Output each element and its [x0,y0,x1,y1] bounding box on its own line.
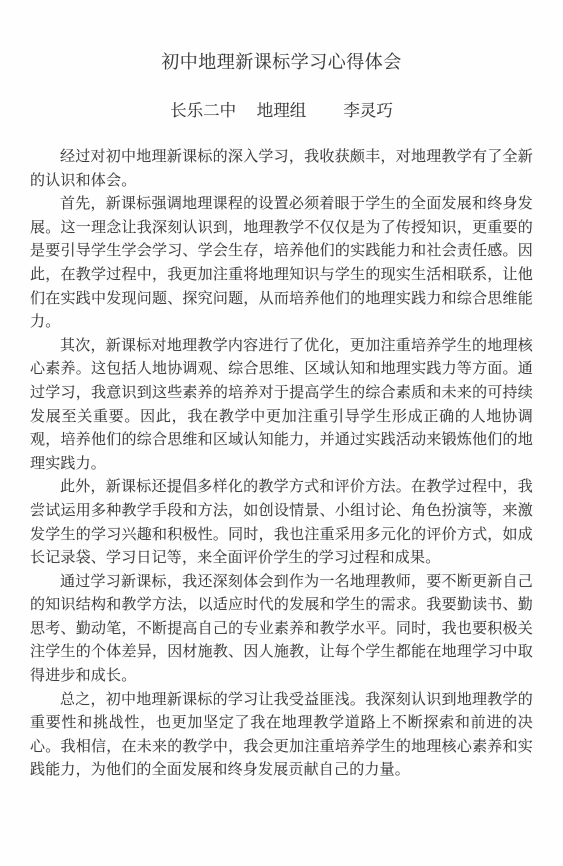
paragraph: 通过学习新课标，我还深刻体会到作为一名地理教师，要不断更新自己的知识结构和教学方… [30,571,533,689]
paragraph: 此外，新课标还提倡多样化的教学方式和评价方法。在教学过程中，我尝试运用多种教学手… [30,476,533,570]
paragraph: 其次，新课标对地理教学内容进行了优化，更加注重培养学生的地理核心素养。这包括人地… [30,335,533,477]
document-title: 初中地理新课标学习心得体会 [30,50,533,74]
document-byline: 长乐二中 地理组 李灵巧 [30,100,533,122]
paragraph: 总之，初中地理新课标的学习让我受益匪浅。我深刻认识到地理教学的重要性和挑战性，也… [30,689,533,783]
document-body: 经过对初中地理新课标的深入学习，我收获颇丰，对地理教学有了全新的认识和体会。首先… [30,146,533,783]
paragraph: 首先，新课标强调地理课程的设置必须着眼于学生的全面发展和终身发展。这一理念让我深… [30,193,533,335]
paragraph: 经过对初中地理新课标的深入学习，我收获颇丰，对地理教学有了全新的认识和体会。 [30,146,533,193]
document-page: 初中地理新课标学习心得体会 长乐二中 地理组 李灵巧 经过对初中地理新课标的深入… [0,0,563,866]
